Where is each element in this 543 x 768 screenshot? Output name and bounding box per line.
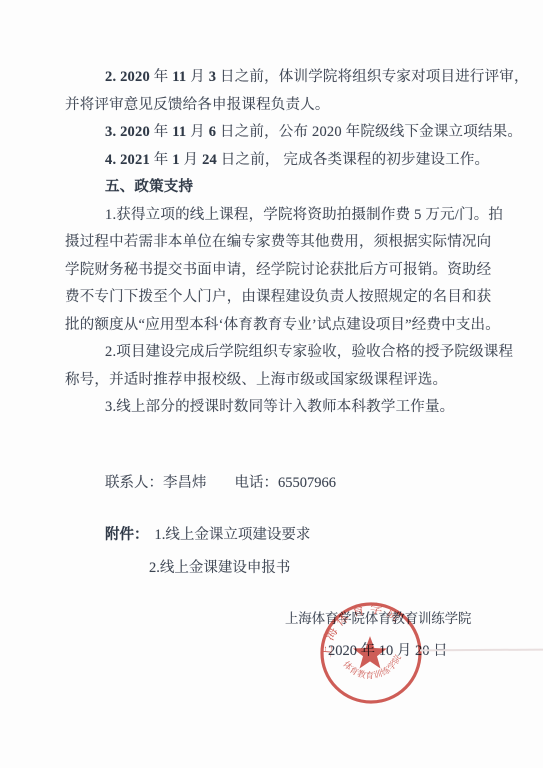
official-seal: 上海体育学院 体育教育训练学院 xyxy=(317,599,425,707)
contact-person-name: 李昌炜 xyxy=(163,475,207,491)
attachment-line-2: 2.线上金课建设申报书 xyxy=(149,556,290,577)
body-line: 3.线上部分的授课时数同等计入教师本科教学工作量。 xyxy=(65,394,491,422)
heading-text: 五、政策支持 xyxy=(105,179,193,195)
body-line: 学院财务秘书提交书面申请，经学院讨论获批后方可报销。资助经 xyxy=(65,257,491,285)
attachment-label: 附件： xyxy=(105,527,149,543)
body-line: 1.获得立项的线上课程，学院将资助拍摄制作费 5 万元/门。拍 xyxy=(65,202,491,230)
body-text: 3.线上部分的授课时数同等计入教师本科教学工作量。 xyxy=(105,399,454,415)
body-text: 日之前，体训学院将组织专家对项目进行评审， xyxy=(216,69,529,85)
scan-artifact-line xyxy=(420,649,543,652)
body-text: 1.获得立项的线上课程，学院将资助拍摄制作费 5 万元/门。拍 xyxy=(105,207,503,223)
body-line: 费不专门下拨至个人门户，由课程建设负责人按照规定的名目和获 xyxy=(65,284,491,312)
date-number: 3. 2020 xyxy=(105,124,150,140)
body-line: 并将评审意见反馈给各申报课程负责人。 xyxy=(65,92,491,120)
contact-person-label: 联系人： xyxy=(105,475,163,491)
body-text: 日之前， 完成各类课程的初步建设工作。 xyxy=(217,152,489,168)
body-line: 批的额度从“应用型本科‘体育教育专业’试点建设项目”经费中支出。 xyxy=(65,312,491,340)
body-line-item2: 2. 2020 年 11 月 3 日之前，体训学院将组织专家对项目进行评审， xyxy=(65,64,491,92)
body-line-item3: 3. 2020 年 11 月 6 日之前，公布 2020 年院级线下金课立项结果… xyxy=(65,119,491,147)
body-text: 摄过程中若需非本单位在编专家费等其他费用，须根据实际情况向 xyxy=(65,234,491,250)
body-text: 批的额度从“应用型本科‘体育教育专业’试点建设项目”经费中支出。 xyxy=(65,317,500,333)
body-text: 年 xyxy=(150,152,172,168)
body-text: 日之前，公布 2020 年院级线下金课立项结果。 xyxy=(216,124,522,140)
document-body: 2. 2020 年 11 月 3 日之前，体训学院将组织专家对项目进行评审， 并… xyxy=(65,64,491,422)
body-line: 2.项目建设完成后学院组织专家验收，验收合格的授予院级课程 xyxy=(65,339,491,367)
attachment-line-1: 附件：1.线上金课立项建设要求 xyxy=(105,523,310,544)
body-line-item4: 4. 2021 年 1 月 24 日之前， 完成各类课程的初步建设工作。 xyxy=(65,147,491,175)
attachment-item-1: 1.线上金课立项建设要求 xyxy=(155,527,311,543)
date-number: 4. 2021 xyxy=(105,152,150,168)
body-text: 费不专门下拨至个人门户，由课程建设负责人按照规定的名目和获 xyxy=(65,289,491,305)
body-text: 称号，并适时推荐申报校级、上海市级或国家级课程评选。 xyxy=(65,372,447,388)
body-text: 并将评审意见反馈给各申报课程负责人。 xyxy=(65,97,330,113)
body-text: 年 xyxy=(150,69,172,85)
body-text: 月 xyxy=(180,152,202,168)
body-text: 年 xyxy=(150,124,172,140)
body-text: 月 xyxy=(186,69,208,85)
body-text: 2.项目建设完成后学院组织专家验收，验收合格的授予院级课程 xyxy=(105,344,513,360)
date-number: 11 xyxy=(172,69,186,85)
date-number: 1 xyxy=(172,152,179,168)
body-text: 学院财务秘书提交书面申请，经学院讨论获批后方可报销。资助经 xyxy=(65,262,491,278)
body-line: 摄过程中若需非本单位在编专家费等其他费用，须根据实际情况向 xyxy=(65,229,491,257)
contact-line: 联系人：李昌炜电话：65507966 xyxy=(105,471,336,492)
contact-phone-number: 65507966 xyxy=(278,475,336,491)
attachment-item-2: 2.线上金课建设申报书 xyxy=(149,560,290,576)
body-line: 称号，并适时推荐申报校级、上海市级或国家级课程评选。 xyxy=(65,367,491,395)
section-heading-policy-support: 五、政策支持 xyxy=(65,174,491,202)
document-page: 2. 2020 年 11 月 3 日之前，体训学院将组织专家对项目进行评审， 并… xyxy=(0,0,543,768)
seal-star-icon xyxy=(353,636,387,668)
contact-phone-label: 电话： xyxy=(235,475,279,491)
date-number: 24 xyxy=(202,152,217,168)
date-number: 2. 2020 xyxy=(105,69,150,85)
date-number: 11 xyxy=(172,124,186,140)
body-text: 月 xyxy=(186,124,208,140)
